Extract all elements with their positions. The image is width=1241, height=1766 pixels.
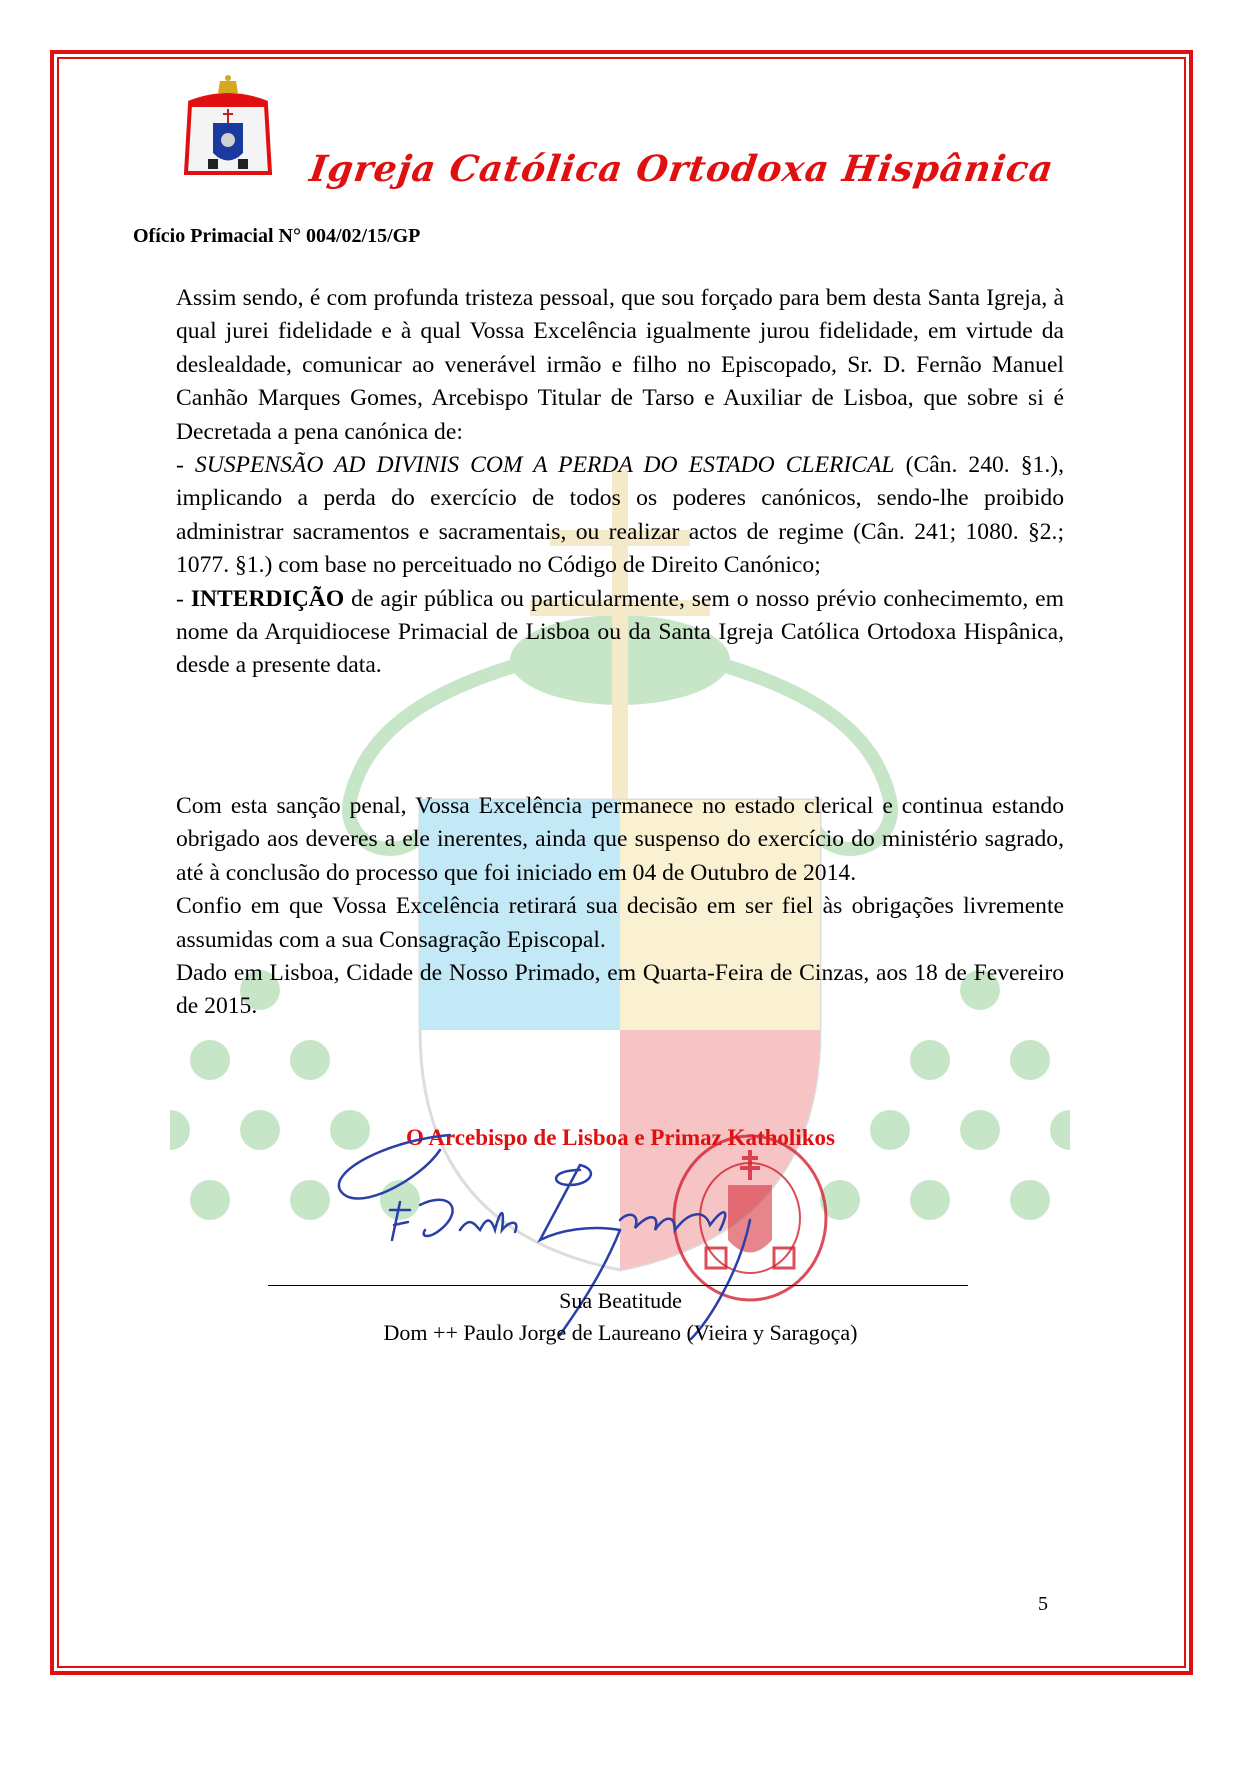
signatory-name: Dom ++ Paulo Jorge de Laureano (Vieira y… [0, 1320, 1241, 1346]
paragraph-date: Dado em Lisboa, Cidade de Nosso Primado,… [176, 957, 1064, 1024]
body-section-2: Com esta sanção penal, Vossa Excelência … [176, 790, 1064, 1024]
penalty-suspension-title: SUSPENSÃO AD DIVINIS COM A PERDA DO ESTA… [195, 452, 895, 478]
penalty-interdiction: - INTERDIÇÃO de agir pública ou particul… [176, 583, 1064, 683]
penalty-suspension: - SUSPENSÃO AD DIVINIS COM A PERDA DO ES… [176, 449, 1064, 583]
paragraph-intro: Assim sendo, é com profunda tristeza pes… [176, 282, 1064, 449]
paragraph-sanction: Com esta sanção penal, Vossa Excelência … [176, 790, 1064, 890]
signatory-role: Sua Beatitude [0, 1288, 1241, 1314]
organization-title: Igreja Católica Ortodoxa Hispânica [307, 148, 1056, 190]
signature-line [268, 1285, 968, 1286]
paragraph-trust: Confio em que Vossa Excelência retirará … [176, 890, 1064, 957]
body-section-1: Assim sendo, é com profunda tristeza pes… [176, 282, 1064, 683]
page-number: 5 [1038, 1593, 1048, 1616]
crest-logo [178, 73, 278, 188]
document-reference: Ofício Primacial N° 004/02/15/GP [133, 225, 420, 248]
penalty-interdiction-title: INTERDIÇÃO [191, 586, 344, 612]
